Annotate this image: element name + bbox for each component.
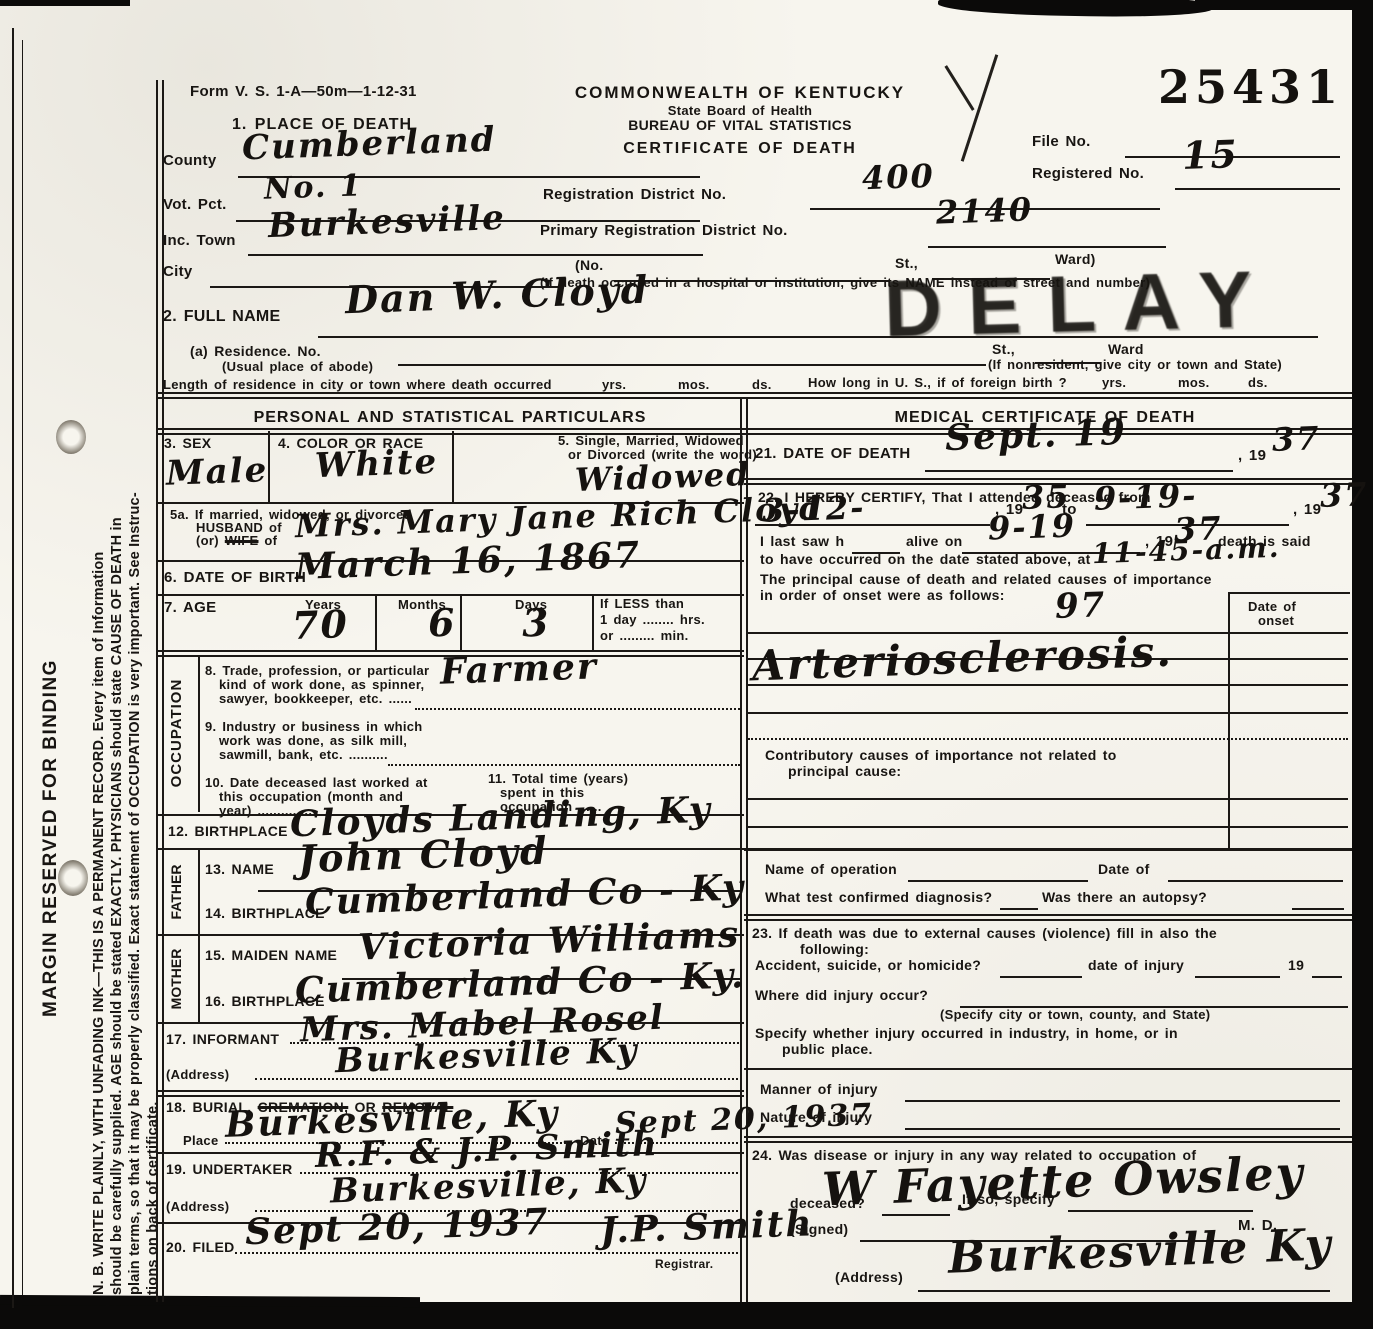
informant-address-label: (Address): [166, 1068, 229, 1082]
cause-line: [748, 826, 1348, 828]
scan-edge-bottom: [0, 1302, 1373, 1329]
accident-label: Accident, suicide, or homicide?: [755, 958, 981, 973]
scan-edge-top-blob: [938, 0, 1213, 18]
autopsy-bottom-rule: [744, 914, 1352, 921]
of-word: of: [264, 533, 277, 548]
to-19-printed: , 19: [1293, 502, 1321, 518]
death-time-value: 11-45-a.m.: [1091, 531, 1280, 571]
injury-bottom-rule: [744, 1136, 1352, 1143]
if-less-label-2: 1 day ........ hrs.: [600, 613, 705, 627]
signed-address-value: Burkesville Ky: [947, 1219, 1333, 1283]
external-causes-label-2: following:: [800, 942, 869, 957]
operation-underline: [908, 880, 1088, 882]
operation-date-underline: [1168, 880, 1343, 882]
registered-no-underline: [1175, 188, 1340, 190]
onset-header-rule: [1228, 592, 1350, 594]
test-label: What test confirmed diagnosis?: [765, 890, 992, 905]
principal-cause-label-1: The principal cause of death and related…: [760, 572, 1212, 587]
birthplace-label: 12. BIRTHPLACE: [168, 824, 288, 839]
external-causes-label-1: 23. If death was due to external causes …: [752, 926, 1217, 941]
inc-town-label: Inc. Town: [163, 233, 236, 249]
cause-line-dotted: [748, 738, 1348, 740]
primary-registration-label: Primary Registration District No.: [540, 223, 788, 239]
length-mos-label: mos.: [678, 378, 710, 392]
full-name-value: Dan W. Cloyd: [344, 267, 650, 323]
certificate-number: 25431: [1158, 60, 1343, 114]
or-wife-of-label: (or) WIFE of: [196, 534, 277, 548]
deceased-blank: [882, 1214, 950, 1216]
informant-address-dotted-line: [255, 1078, 742, 1080]
last-saw-date-value: 9-19: [987, 506, 1076, 547]
howlong-us-label: How long in U. S., if of foreign birth ?: [808, 376, 1067, 390]
us-mos-label: mos.: [1178, 376, 1210, 390]
ink-blot-2: [58, 860, 88, 896]
contributory-label-2: principal cause:: [788, 764, 901, 779]
margin-note: N. B. WRITE PLAINLY, WITH UNFADING INK—T…: [90, 50, 162, 1295]
ink-blot-1: [56, 420, 86, 454]
signed-address-underline: [918, 1290, 1330, 1292]
nonresident-note: (If nonresident, give city or town and S…: [988, 358, 1282, 372]
length-yrs-label: yrs.: [602, 378, 626, 392]
residence-underline: [398, 364, 986, 366]
voting-precinct-value: No. 1: [263, 168, 363, 206]
injury-year-underline: [1312, 976, 1342, 978]
margin-note-line2: should be carefully supplied. AGE should…: [108, 50, 126, 1295]
father-box-line: [198, 850, 200, 934]
cell-divider: [268, 431, 270, 502]
scan-edge-top-left: [0, 0, 130, 6]
dod-19-printed: , 19: [1238, 448, 1266, 464]
last-worked-label-1: 10. Date deceased last worked at: [205, 776, 428, 790]
mother-maiden-label: 15. MAIDEN NAME: [205, 948, 337, 963]
pen-mark-icon: [944, 65, 974, 111]
trade-label-1: 8. Trade, profession, or particular: [205, 664, 429, 678]
occupation-side-label: OCCUPATION: [168, 658, 185, 808]
nature-underline: [905, 1128, 1340, 1130]
burial-place-label: Place: [183, 1134, 218, 1148]
autopsy-label: Was there an autopsy?: [1042, 890, 1207, 905]
autopsy-underline: [1292, 908, 1344, 910]
mother-box-line: [198, 936, 200, 1022]
undertaker-address-label: (Address): [166, 1200, 229, 1214]
manner-of-injury-label: Manner of injury: [760, 1082, 878, 1097]
attended-from-underline: [755, 524, 990, 526]
age-label: 7. AGE: [164, 600, 216, 616]
city-label: City: [163, 264, 193, 280]
residence-street-label: St.,: [992, 342, 1015, 357]
margin-note-line3: plain terms, so that it may be properly …: [126, 50, 144, 1295]
sex-label: 3. SEX: [164, 436, 211, 451]
injury-19-printed: 19: [1288, 958, 1304, 973]
section-rule: [744, 1068, 1352, 1070]
scribble-97: 97: [1054, 585, 1107, 627]
date-of-death-label: 21. DATE OF DEATH: [755, 446, 911, 462]
dod-year-value: 37: [1271, 419, 1321, 459]
cause-line: [748, 684, 1348, 686]
abode-note: (Usual place of abode): [222, 360, 373, 374]
county-label: County: [163, 153, 216, 169]
length-ds-label: ds.: [752, 378, 772, 392]
age-years-value: 70: [291, 601, 349, 648]
age-months-value: 6: [427, 600, 457, 646]
color-race-value: White: [314, 442, 438, 486]
age-cell-divider: [592, 595, 594, 652]
personal-section-title: PERSONAL AND STATISTICAL PARTICULARS: [160, 410, 740, 427]
wife-word-struck: WIFE: [225, 533, 259, 548]
specify-city-note: (Specify city or town, county, and State…: [940, 1008, 1210, 1022]
binding-edge-line-1: [12, 28, 14, 1308]
registrar-label: Registrar.: [655, 1258, 713, 1271]
residence-label: (a) Residence. No.: [190, 344, 321, 359]
specify-injury-label-2: public place.: [782, 1042, 873, 1057]
marital-label-1: 5. Single, Married, Widowed: [558, 434, 744, 448]
date-of-death-value: Sept. 19: [944, 411, 1127, 459]
trade-value: Farmer: [439, 645, 598, 692]
form-number: Form V. S. 1-A—50m—1-12-31: [190, 84, 417, 100]
margin-note-line1: N. B. WRITE PLAINLY, WITH UNFADING INK—T…: [90, 50, 108, 1295]
registered-no-label: Registered No.: [1032, 166, 1144, 182]
scan-edge-top-right: [1195, 0, 1373, 10]
trade-label-2: kind of work done, as spinner,: [219, 678, 424, 692]
father-name-value: John Cloyd: [297, 828, 549, 882]
test-underline: [1000, 908, 1038, 910]
county-value: Cumberland: [241, 120, 497, 169]
cell-divider: [452, 431, 454, 502]
registered-no-value: 15: [1181, 131, 1239, 178]
operation-date-label: Date of: [1098, 862, 1150, 877]
injury-date-underline: [1195, 976, 1280, 978]
signed-address-label: (Address): [835, 1270, 903, 1285]
principal-cause-label-2: in order of onset were as follows:: [760, 588, 1005, 603]
onset-bottom-rule: [744, 848, 1352, 851]
if-so-underline: [1068, 1210, 1253, 1212]
registration-district-value: 400: [861, 157, 935, 198]
where-injury-label: Where did injury occur?: [755, 988, 928, 1003]
sex-value: Male: [165, 450, 269, 494]
filed-dotted-line: [235, 1252, 742, 1254]
cause-of-death-value: Arteriosclerosis.: [751, 627, 1173, 691]
onset-label-1: Date of: [1248, 600, 1296, 614]
voting-precinct-label: Vot. Pct.: [163, 197, 227, 213]
age-cell-divider: [460, 595, 462, 652]
residence-ward-label: Ward: [1108, 342, 1144, 357]
length-residence-label: Length of residence in city or town wher…: [163, 378, 552, 392]
occurred-label: to have occurred on the date stated abov…: [760, 552, 1091, 567]
mother-side-label: MOTHER: [168, 937, 184, 1021]
full-name-label: 2. FULL NAME: [163, 309, 281, 326]
scan-edge-right: [1352, 0, 1373, 1329]
onset-label-2: onset: [1258, 614, 1294, 628]
certificate-title: CERTIFICATE OF DEATH: [540, 141, 940, 158]
margin-binding-label: MARGIN RESERVED FOR BINDING: [40, 508, 62, 1168]
pen-mark-icon: [961, 54, 998, 161]
informant-label: 17. INFORMANT: [166, 1032, 279, 1047]
last-saw-pre-label: I last saw h: [760, 534, 844, 549]
manner-underline: [905, 1100, 1340, 1102]
inc-town-underline: [248, 254, 703, 256]
filed-date-value: Sept 20, 1937: [244, 1201, 550, 1254]
header-bottom-rule: [156, 392, 1352, 399]
binding-edge-line-2: [22, 40, 23, 1295]
us-ds-label: ds.: [1248, 376, 1268, 390]
signed-label: (Signed): [790, 1222, 848, 1237]
industry-label-3: sawmill, bank, etc. ..........: [219, 748, 388, 762]
operation-label: Name of operation: [765, 862, 897, 877]
us-yrs-label: yrs.: [1102, 376, 1126, 390]
nature-of-injury-label: Nature of injury: [760, 1110, 872, 1125]
trade-dotted-line: [415, 708, 740, 710]
board-subtitle: State Board of Health: [540, 104, 940, 118]
or-paren: (or): [196, 533, 219, 548]
commonwealth-title: COMMONWEALTH OF KENTUCKY: [540, 84, 940, 102]
date-of-birth-label: 6. DATE OF BIRTH: [164, 570, 306, 586]
date-of-death-underline: [925, 470, 1233, 472]
cause-line: [748, 798, 1348, 800]
to-year-value: 37: [1319, 475, 1369, 515]
injury-date-label: date of injury: [1088, 958, 1184, 973]
last-saw-post-label: alive on: [906, 534, 963, 549]
delay-stamp: DELAY: [883, 253, 1279, 355]
bureau-subtitle: BUREAU OF VITAL STATISTICS: [540, 118, 940, 133]
age-cell-divider: [375, 595, 377, 652]
father-name-label: 13. NAME: [205, 862, 274, 877]
accident-underline: [1000, 976, 1082, 978]
cause-line: [748, 712, 1348, 714]
death-certificate-scan: MARGIN RESERVED FOR BINDING N. B. WRITE …: [0, 0, 1373, 1329]
filed-label: 20. FILED: [166, 1240, 235, 1255]
father-side-label: FATHER: [168, 852, 184, 932]
industry-dotted-line: [388, 764, 740, 766]
filed-by-value: J.P. Smith: [599, 1202, 814, 1251]
primary-registration-value: 2140: [935, 190, 1033, 231]
undertaker-label: 19. UNDERTAKER: [166, 1162, 293, 1177]
specify-injury-label-1: Specify whether injury occurred in indus…: [755, 1026, 1178, 1041]
trade-label-3: sawyer, bookkeeper, etc. ......: [219, 692, 412, 706]
if-less-label-3: or ......... min.: [600, 629, 689, 643]
primary-registration-underline: [928, 246, 1166, 248]
if-less-label-1: If LESS than: [600, 597, 684, 611]
industry-label-2: work was done, as silk mill,: [219, 734, 407, 748]
total-time-label-1: 11. Total time (years): [488, 772, 628, 786]
age-days-value: 3: [521, 600, 551, 646]
file-no-label: File No.: [1032, 134, 1091, 150]
registration-district-label: Registration District No.: [543, 187, 726, 203]
occupation-box-line: [198, 656, 200, 812]
contributory-label-1: Contributory causes of importance not re…: [765, 748, 1117, 763]
industry-label-1: 9. Industry or business in which: [205, 720, 423, 734]
inc-town-value: Burkesville: [267, 198, 506, 246]
